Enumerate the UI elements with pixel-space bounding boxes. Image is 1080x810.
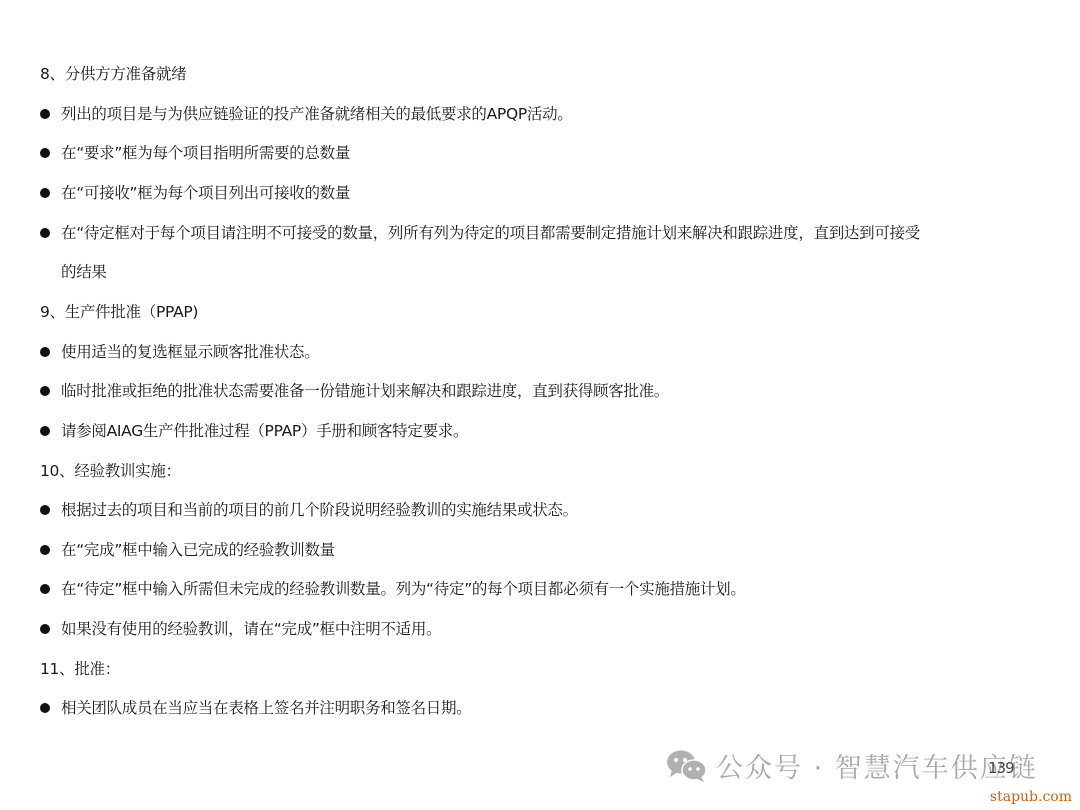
list-item-text: 在“要求”框为每个项目指明所需要的总数量 [61,143,350,163]
list-item: 如果没有使用的经验教训，请在“完成”框中注明不适用。 [40,619,441,639]
section-heading-11: 11、批准： [40,659,120,679]
page-number: 139 [988,759,1014,777]
list-item: 使用适当的复选框显示顾客批准状态。 [40,342,319,362]
list-item: 临时批准或拒绝的批准状态需要准备一份错施计划来解决和跟踪进度，直到获得顾客批准。 [40,381,669,401]
list-item: 在“可接收”框为每个项目列出可接收的数量 [40,183,350,203]
document-page: 8、分供方方准备就绪 列出的项目是与为供应链验证的投产准备就绪相关的最低要求的A… [0,0,1080,810]
list-item: 相关团队成员在当应当在表格上签名并注明职务和签名日期。 [40,698,471,718]
list-item-text: 相关团队成员在当应当在表格上签名并注明职务和签名日期。 [61,698,471,718]
list-item-text: 在“可接收”框为每个项目列出可接收的数量 [61,183,350,203]
bullet-icon [40,703,50,713]
list-item-text: 在“待定框对于每个项目请注明不可接受的数量，列所有列为待定的项目都需要制定措施计… [61,223,920,243]
list-item-text: 根据过去的项目和当前的项目的前几个阶段说明经验教训的实施结果或状态。 [61,500,578,520]
bullet-icon [40,584,50,594]
list-item: 请参阅AIAG生产件批准过程（PPAP）手册和顾客特定要求。 [40,421,468,441]
bullet-icon [40,386,50,396]
bullet-icon [40,545,50,555]
section-heading-10: 10、经验教训实施： [40,461,181,481]
bullet-icon [40,347,50,357]
site-watermark: stapub.com [990,789,1072,805]
list-item: 在“要求”框为每个项目指明所需要的总数量 [40,143,350,163]
bullet-icon [40,109,50,119]
list-item: 在“待定框对于每个项目请注明不可接受的数量，列所有列为待定的项目都需要制定措施计… [40,223,920,243]
list-item-text: 在“完成”框中输入已完成的经验教训数量 [61,540,335,560]
list-item-text: 如果没有使用的经验教训，请在“完成”框中注明不适用。 [61,619,441,639]
list-item: 列出的项目是与为供应链验证的投产准备就绪相关的最低要求的APQP活动。 [40,104,573,124]
list-item-text: 列出的项目是与为供应链验证的投产准备就绪相关的最低要求的APQP活动。 [61,104,573,124]
list-item: 根据过去的项目和当前的项目的前几个阶段说明经验教训的实施结果或状态。 [40,500,578,520]
list-item: 在“待定”框中输入所需但未完成的经验教训数量。列为“待定”的每个项目都必须有一个… [40,579,746,599]
list-item: 在“完成”框中输入已完成的经验教训数量 [40,540,335,560]
bullet-icon [40,188,50,198]
list-item-text: 使用适当的复选框显示顾客批准状态。 [61,342,319,362]
bullet-icon [40,426,50,436]
list-item-text: 在“待定”框中输入所需但未完成的经验教训数量。列为“待定”的每个项目都必须有一个… [61,579,746,599]
wechat-icon [666,749,708,783]
bullet-icon [40,505,50,515]
section-heading-9: 9、生产件批准（PPAP) [40,302,198,322]
watermark: 公众号 · 智慧汽车供应链 [666,746,1038,785]
bullet-icon [40,624,50,634]
list-item-text: 临时批准或拒绝的批准状态需要准备一份错施计划来解决和跟踪进度，直到获得顾客批准。 [61,381,669,401]
list-item-continuation: 的结果 [61,262,107,282]
bullet-icon [40,148,50,158]
list-item-text: 请参阅AIAG生产件批准过程（PPAP）手册和顾客特定要求。 [61,421,468,441]
bullet-icon [40,228,50,238]
section-heading-8: 8、分供方方准备就绪 [40,64,186,84]
